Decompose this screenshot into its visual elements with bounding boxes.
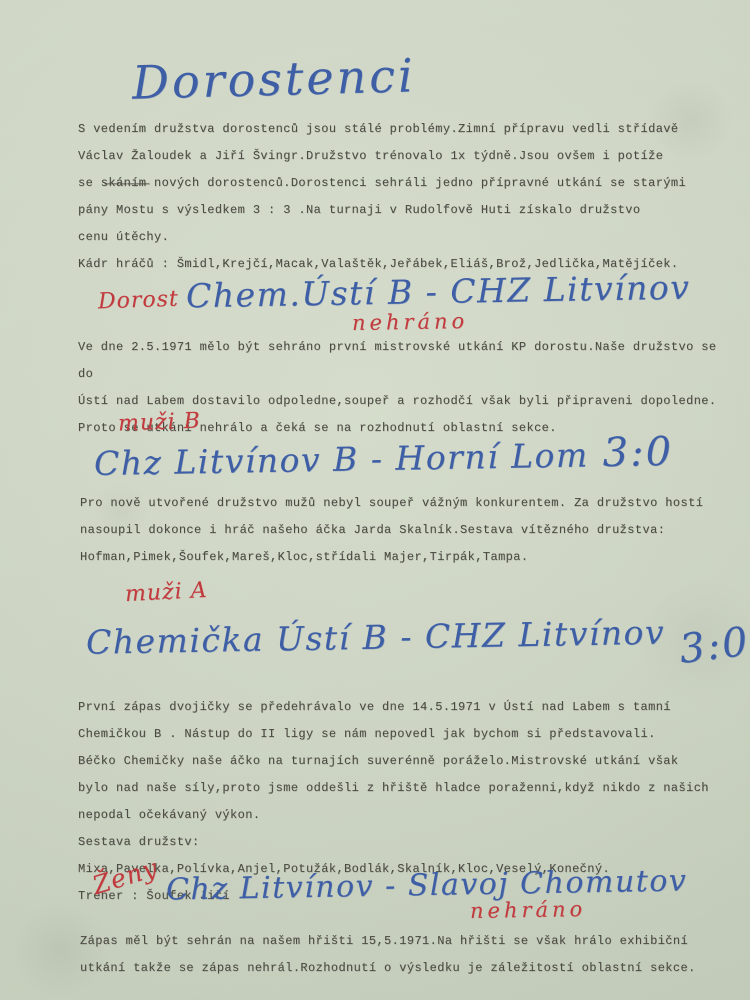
- paragraph-zeny: Zápas měl být sehrán na našem hřišti 15,…: [80, 928, 740, 982]
- match-title-muzi-a: Chemička Ústí B - CHZ Litvínov: [86, 613, 666, 662]
- not-played-note-zeny: nehráno: [470, 897, 587, 923]
- match-score-muzi-a: 3:0: [677, 619, 750, 673]
- section-label-dorost: Dorost: [98, 287, 180, 315]
- intro-paragraph: S vedením družstva dorostenců jsou stálé…: [78, 116, 718, 278]
- match-score-muzi-b: 3:0: [602, 429, 673, 476]
- paragraph-muzi-b: Pro nově utvořené družstvo mužů nebyl so…: [80, 490, 730, 571]
- section-label-muzi-a: muži A: [124, 578, 208, 607]
- scanned-document-page: Dorostenci S vedením družstva dorostenců…: [0, 0, 750, 1000]
- match-heading-dorost: Chem.Ústí B - CHZ Litvínov: [186, 268, 691, 316]
- match-title-muzi-b: Chz Litvínov B - Horní Lom: [94, 435, 589, 483]
- match-heading-muzi-a: Chemička Ústí B - CHZ Litvínov3:0: [86, 606, 750, 664]
- match-heading-muzi-b: Chz Litvínov B - Horní Lom3:0: [94, 429, 674, 485]
- section-label-muzi-b: muži B: [118, 409, 202, 437]
- not-played-note-dorost: nehráno: [352, 309, 469, 335]
- page-title: Dorostenci: [131, 48, 416, 109]
